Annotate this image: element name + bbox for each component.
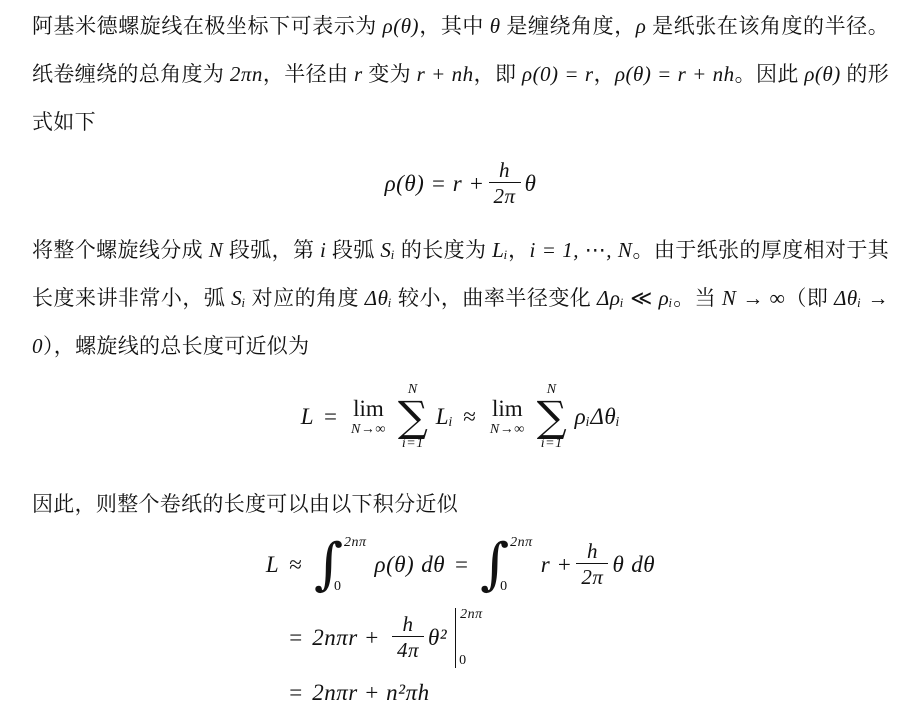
integral-sign-1: ∫ 2nπ 0 [314,534,366,596]
integral-bounds-1: 2nπ 0 [343,534,366,596]
lim-label: lim [353,397,384,420]
text-segment: ， [594,62,615,86]
eq-int-row1-right: ≈ ∫ 2nπ 0 ρ(θ) dθ = ∫ 2nπ 0 r + h [279,534,655,596]
inline-math: r [354,62,363,86]
inline-math: r + nh [417,62,474,86]
text-segment: 是缠绕角度， [501,14,636,38]
equation-rho-definition: ρ(θ) = r + h 2π θ [32,152,889,216]
equals-sign: = [324,404,337,430]
final-result: 2nπr + n²πh [312,680,429,706]
paragraph-arc-subdivision: 将整个螺旋线分成 N 段弧，第 i 段弧 Sᵢ 的长度为 Lᵢ，i = 1, ⋯… [32,226,889,370]
limit-operator-2: lim N→∞ [490,397,525,437]
eq-int-lhs: L [266,552,279,578]
lim-subscript: N→∞ [351,423,386,437]
evaluation-upper-bound: 2nπ [460,608,483,622]
inline-math: N → ∞ [722,286,785,310]
approx-sign: ≈ [463,404,476,430]
fraction-denominator: 4π [392,636,424,663]
equals-sign-row2: = [289,625,302,651]
fraction-h-over-4pi: h 4π [392,612,424,663]
sum2-lower-bound: i=1 [541,437,563,451]
text-segment: 将整个螺旋线分成 [32,238,209,262]
fraction-numerator: h [494,158,515,182]
theta-after-frac: θ [612,552,624,578]
eq-rho-rhs: θ [525,171,537,197]
inline-math: Δρᵢ ≪ ρᵢ [597,286,673,310]
text-segment: 较小，曲率半径变化 [392,286,597,310]
fraction-numerator: h [397,612,418,636]
inline-math: Sᵢ [231,286,246,310]
paragraph-integral-intro: 因此，则整个卷纸的长度可以由以下积分近似 [32,480,889,528]
eq-int-row2-right: = 2nπr + h 4π θ² 2nπ 0 [279,606,655,670]
text-segment: ， [508,238,529,262]
inline-math: θ [490,14,501,38]
text-segment: 因此，则整个卷纸的长度可以由以下积分近似 [32,492,458,516]
text-segment: ），螺旋线的总长度可近似为 [43,334,309,358]
evaluation-bar: 2nπ 0 [455,606,482,670]
inline-math: N [209,238,224,262]
eq-int-row1-left: L [266,552,279,578]
fraction-h-over-2pi: h 2π [489,158,521,209]
text-segment: ，半径由 [263,62,354,86]
eq-int-row3-right: = 2nπr + n²πh [279,680,655,706]
eq-rho-lhs: ρ(θ) = r + [385,171,485,197]
inline-math: i = 1, ⋯, N [530,238,633,262]
fraction-denominator: 2π [489,182,521,209]
equation-length-sum: L = lim N→∞ N ∑ i=1 Lᵢ ≈ lim N→∞ N ∑ i=1… [32,374,889,460]
sigma-icon: ∑ [398,397,428,437]
summation-operator-2: N ∑ i=1 [537,383,567,451]
integrand-r-plus: r + [541,552,573,578]
sum-lower-bound: i=1 [402,437,424,451]
differential-1: dθ [421,552,445,578]
inline-math: Sᵢ [380,238,395,262]
text-segment: （即 [785,286,834,310]
sigma-icon-2: ∑ [537,397,567,437]
text-segment: 变为 [363,62,417,86]
text-segment: ，其中 [419,14,490,38]
limit-operator: lim N→∞ [351,397,386,437]
text-segment: ，即 [474,62,522,86]
evaluation-bounds: 2nπ 0 [456,606,482,670]
paragraph-intro: 阿基米德螺旋线在极坐标下可表示为 ρ(θ)，其中 θ 是缠绕角度，ρ 是纸张在该… [32,2,889,146]
theta-squared: θ² [428,625,447,651]
integrand-rho: ρ(θ) [375,552,415,578]
differential-2: dθ [631,552,655,578]
eq-sum-lhs: L [301,404,314,430]
equation-length-integral: L ≈ ∫ 2nπ 0 ρ(θ) dθ = ∫ 2nπ 0 r + [32,534,889,706]
document-page: 阿基米德螺旋线在极坐标下可表示为 ρ(θ)，其中 θ 是缠绕角度，ρ 是纸张在该… [0,0,919,711]
text-segment: 阿基米德螺旋线在极坐标下可表示为 [32,14,383,38]
lim-subscript-2: N→∞ [490,423,525,437]
inline-math: Δθᵢ [365,286,392,310]
inline-math: ρ(0) = r [522,62,594,86]
term-2npir: 2nπr + [312,625,380,651]
text-segment: 。当 [673,286,722,310]
inline-math: 2πn [230,62,263,86]
inline-math: ρ(θ) [804,62,840,86]
text-segment: 段弧 [326,238,380,262]
text-segment: 。因此 [735,62,805,86]
integral-sign-2: ∫ 2nπ 0 [480,534,532,596]
fraction-h-over-2pi-row1: h 2π [576,539,608,590]
eq-sum-term1: Lᵢ [436,404,453,430]
eq-sum-term2: ρᵢΔθᵢ [575,404,621,430]
integral-bounds-2: 2nπ 0 [509,534,532,596]
approx-sign-row1: ≈ [289,552,302,578]
inline-math: ρ [636,14,647,38]
lim-label-2: lim [492,397,523,420]
integral-lower-bound-1: 0 [334,580,357,594]
integral-upper-bound-1: 2nπ [344,536,367,550]
text-segment: 的长度为 [395,238,492,262]
text-segment: 段弧，第 [223,238,320,262]
equals-sign-row1: = [455,552,468,578]
integral-upper-bound-2: 2nπ [510,536,533,550]
summation-operator: N ∑ i=1 [398,383,428,451]
integral-lower-bound-2: 0 [500,580,523,594]
inline-math: ρ(θ) [383,14,419,38]
equals-sign-row3: = [289,680,302,706]
inline-math: ρ(θ) = r + nh [615,62,735,86]
inline-math: Lᵢ [492,238,508,262]
evaluation-lower-bound: 0 [459,654,482,668]
text-segment: 对应的角度 [246,286,365,310]
fraction-numerator: h [582,539,603,563]
fraction-denominator: 2π [576,563,608,590]
